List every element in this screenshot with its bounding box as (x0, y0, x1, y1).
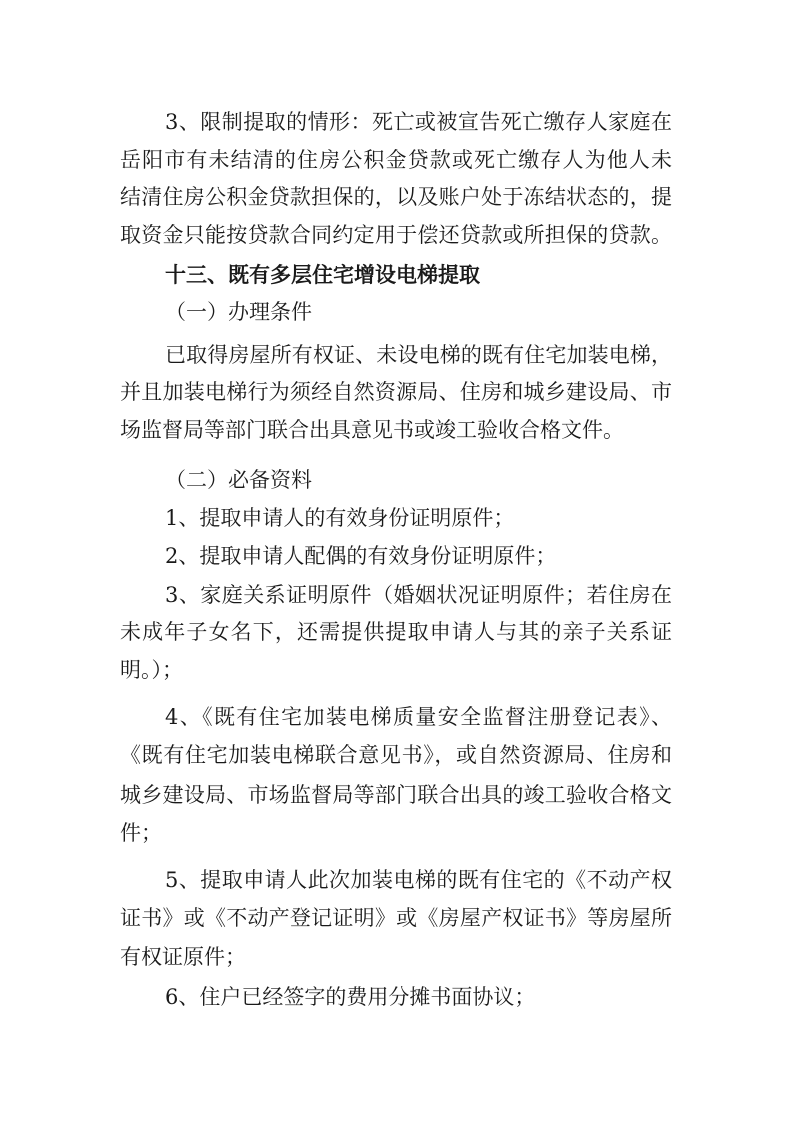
text-line: 未成年子女名下，还需提供提取申请人与其的亲子关系证 (120, 619, 672, 645)
text-line: 5、提取申请人此次加装电梯的既有住宅的《不动产权 (165, 867, 672, 893)
section-heading: 十三、既有多层住宅增设电梯提取 (165, 262, 672, 288)
text-line: 场监督局等部门联合出具意见书或竣工验收合格文件。 (120, 417, 672, 443)
text-line: 3、家庭关系证明原件（婚姻状况证明原件；若住房在 (165, 582, 672, 608)
text-line: 6、住户已经签字的费用分摊书面协议； (165, 984, 672, 1010)
text-line: 取资金只能按贷款合同约定用于偿还贷款或所担保的贷款。 (120, 222, 672, 248)
text-line: 岳阳市有未结清的住房公积金贷款或死亡缴存人为他人未 (120, 147, 672, 173)
text-line: 明。）； (120, 657, 672, 683)
text-line: 证书》或《不动产登记证明》或《房屋产权证书》等房屋所 (120, 905, 672, 931)
text-line: 城乡建设局、市场监督局等部门联合出具的竣工验收合格文 (120, 782, 672, 808)
text-line: 结清住房公积金贷款担保的，以及账户处于冻结状态的，提 (120, 184, 672, 210)
text-line: 已取得房屋所有权证、未设电梯的既有住宅加装电梯， (165, 342, 672, 368)
text-line: 1、提取申请人的有效身份证明原件； (165, 505, 672, 531)
text-line: 《既有住宅加装电梯联合意见书》，或自然资源局、住房和 (120, 742, 672, 768)
document-page: 3、限制提取的情形：死亡或被宣告死亡缴存人家庭在岳阳市有未结清的住房公积金贷款或… (0, 0, 794, 1122)
text-line: 2、提取申请人配偶的有效身份证明原件； (165, 543, 672, 569)
text-line: （一）办理条件 (165, 299, 672, 325)
text-line: 4、《既有住宅加装电梯质量安全监督注册登记表》、 (165, 704, 672, 730)
text-line: （二）必备资料 (165, 467, 672, 493)
text-line: 件； (120, 820, 672, 846)
text-line: 有权证原件； (120, 944, 672, 970)
text-line: 并且加装电梯行为须经自然资源局、住房和城乡建设局、市 (120, 379, 672, 405)
text-line: 3、限制提取的情形：死亡或被宣告死亡缴存人家庭在 (165, 109, 672, 135)
